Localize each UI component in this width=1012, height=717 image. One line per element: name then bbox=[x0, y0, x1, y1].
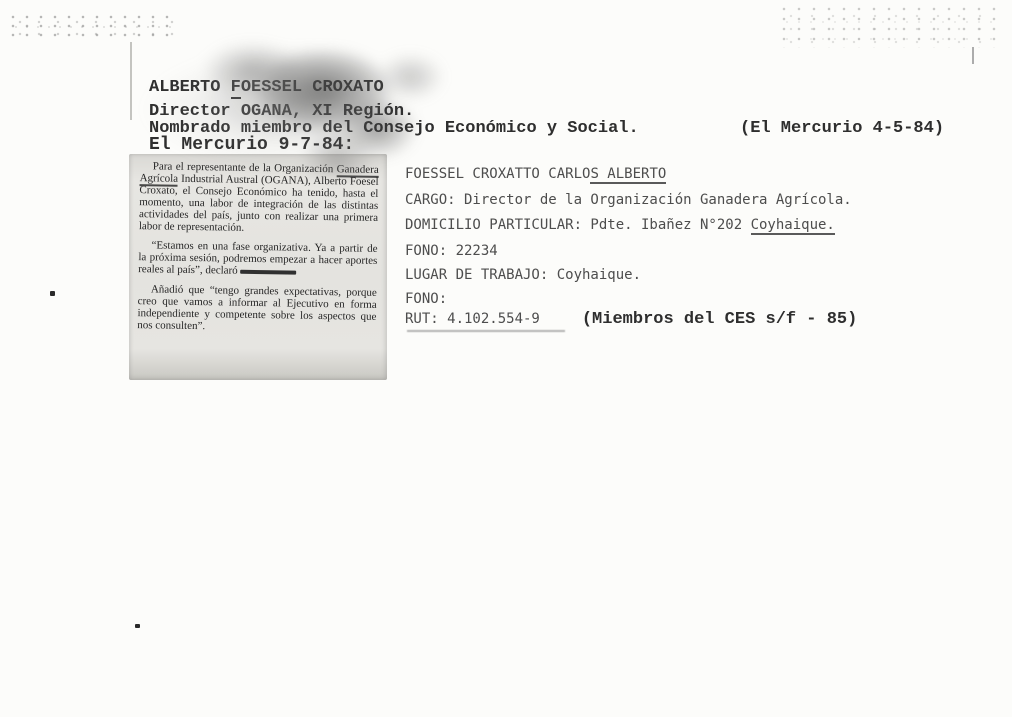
clipping-paragraph-3: Añadió que “tengo grandes expec­tativas,… bbox=[137, 284, 377, 335]
name-underlined-part: F bbox=[231, 78, 241, 99]
ink-dot-left bbox=[50, 291, 55, 296]
newspaper-clipping: Para el representante de la Orga­nizació… bbox=[129, 154, 387, 380]
fono-line-2: FONO: bbox=[405, 291, 447, 307]
scanned-archive-document: ALBERTO FOESSEL CROXATO Director OGANA, … bbox=[0, 0, 1012, 717]
lugar-trabajo-line: LUGAR DE TRABAJO: Coyhaique. bbox=[405, 267, 641, 283]
name-part: ALBERTO bbox=[149, 78, 231, 97]
clipping-text: Para el representante de la Orga­nizació… bbox=[126, 154, 387, 336]
record-name-underlined: S ALBERTO bbox=[590, 166, 666, 184]
domicilio-underlined: Coyhaique. bbox=[751, 217, 835, 235]
record-name-part: FOESSEL CROXATTO CARLO bbox=[405, 166, 590, 182]
rut-line: RUT: 4.102.554-9(Miembros del CES s/f - … bbox=[405, 310, 857, 329]
scan-edge-mark bbox=[972, 47, 974, 64]
fono-line-1: FONO: 22234 bbox=[405, 243, 498, 259]
rut-value: RUT: 4.102.554-9 bbox=[405, 311, 540, 327]
hand-drawn-redaction-line bbox=[240, 270, 296, 275]
ces-membership-note: (Miembros del CES s/f - 85) bbox=[582, 310, 857, 329]
record-name-line: FOESSEL CROXATTO CARLOS ALBERTO bbox=[405, 166, 666, 182]
source-citation: (El Mercurio 4-5-84) bbox=[740, 119, 944, 138]
pasted-paper-edge bbox=[130, 42, 132, 120]
name-part: OESSEL CROXATO bbox=[241, 78, 384, 97]
domicilio-part: DOMICILIO PARTICULAR: Pdte. Ibañez N°202 bbox=[405, 217, 751, 233]
scan-noise-top-right bbox=[780, 6, 998, 48]
clipping-source-line: El Mercurio 9-7-84: bbox=[149, 135, 354, 155]
scan-noise-top-left bbox=[10, 13, 175, 41]
domicilio-line: DOMICILIO PARTICULAR: Pdte. Ibañez N°202… bbox=[405, 217, 835, 233]
person-name-line: ALBERTO FOESSEL CROXATO bbox=[149, 78, 384, 97]
ink-dot-bottom bbox=[135, 624, 140, 628]
clipping-paragraph-1: Para el representante de la Orga­nizació… bbox=[139, 161, 379, 236]
clipping-paragraph-2: “Estamos en una fase organizativa. Ya a … bbox=[138, 241, 378, 280]
cargo-line: CARGO: Director de la Organización Ganad… bbox=[405, 192, 852, 208]
rut-pencil-underline bbox=[407, 330, 565, 332]
